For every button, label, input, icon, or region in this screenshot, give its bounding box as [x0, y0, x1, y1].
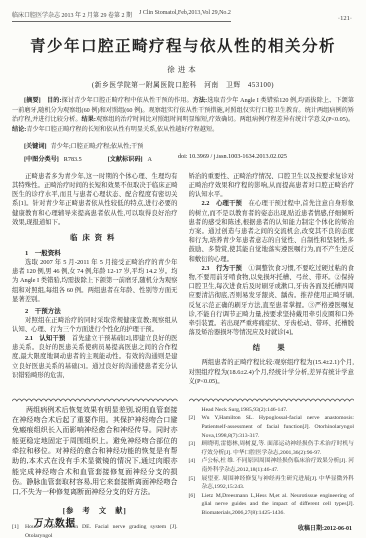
reference-cont-text: Head Neck Surg,1985,93(2):146-147. [202, 406, 355, 415]
reference-item-4: [4] 卢公标,杜 维. 不同原因周围神经损伤临床治疗效果分析[J]. 河南外科… [189, 457, 355, 474]
previous-article-continuation: 两组病例术后恢复效果有明显差别,说明血管套接在神经吻合术后起了重要作用。其保护神… [12, 405, 178, 498]
subsection-2-head: 2 干预方法 [12, 306, 178, 315]
doc-code-group: [文献标识码]A [108, 154, 152, 163]
received-date: 收稿日期:2012-06-01 [189, 523, 355, 532]
reference-item-1: [1] House JW,Brackmann DE. Facial nerve … [12, 523, 178, 538]
masthead: 临床口腔医学杂志 2013 年 2 月第 29 卷第 2 期 J Clin St… [12, 10, 354, 22]
abstract-conclusion: 青少年口腔正畸疗程的长短和依从性有明显关系,依从性越好疗程越短。 [26, 127, 218, 133]
clc-label: [中图分类号] [24, 157, 59, 163]
subsection-2-1-label: 2.1 认知干预 [25, 335, 65, 342]
subsection-2-2-text: 在心理干预过程中,首先注意自身形象的树立,而不是以教育者的姿态出现,贴近患者情感… [189, 200, 355, 262]
left-column-article: 正畸患者多为青少年,这一时期的个体心理、生理均有其特殊性。正畸治疗时间的长短和效… [12, 172, 178, 395]
left-column: 正畸患者多为青少年,这一时期的个体心理、生理均有其特殊性。正畸治疗时间的长短和效… [12, 172, 178, 538]
keywords-line: [关键词]青少年;口腔正畸;疗程;依从性;干预 [12, 141, 354, 150]
masthead-journal-info: 临床口腔医学杂志 2013 年 2 月第 29 卷第 2 期 J Clin St… [12, 10, 231, 22]
right-column-article: 矫治的重要性、正畸治疗情况、口腔卫生以及按要求复诊对正畸治疗效果和疗程的影响,从… [189, 172, 355, 395]
abstract-objective-label: 目的: [47, 98, 62, 104]
reference-1-number: [1] [12, 523, 25, 538]
author-name: 徐进本 [12, 64, 354, 75]
doi: doi: 10.3969 / j.issn.1003-1634.2013.02.… [178, 154, 287, 163]
references-title: [参 考 文 献] [12, 506, 178, 516]
subsection-1-head: 1 一般资料 [12, 248, 178, 257]
reference-item-5: [5] 展望亚. 周围神经修复与神经再生研究进展[J]. 中华显微外科杂志,19… [189, 475, 355, 492]
references-wavy-divider [189, 397, 355, 402]
doc-code-label: [文献标识码] [108, 157, 143, 163]
abstract-tag: [摘要] [24, 98, 41, 104]
abstract-objective: 探讨青少年口腔正畸疗程中依从性干预的作用。 [62, 98, 193, 104]
reference-4-text: 卢公标,杜 维. 不同原因周围神经损伤临床治疗效果分析[J]. 河南外科学杂志,… [202, 457, 355, 474]
abstract-results: 观察组的治疗时间比对照组时间明显缩短,疗效确切。两组病例疗程差异有统计学意义(P… [96, 117, 354, 123]
two-column-body: 正畸患者多为青少年,这一时期的个体心理、生理均有其特殊性。正畸治疗时间的长短和效… [12, 172, 354, 538]
continuation-paragraph: 矫治的重要性、正畸治疗情况、口腔卫生以及按要求复诊对正畸治疗效果和疗程的影响,从… [189, 172, 355, 200]
right-column: 矫治的重要性、正畸治疗情况、口腔卫生以及按要求复诊对正畸治疗效果和疗程的影响,从… [189, 172, 355, 538]
subsection-2-3-label: 2.3 行为干预 [202, 265, 243, 272]
abstract-results-label: 结果: [82, 117, 96, 123]
journal-title-en: J Clin Stomatol,Feb,2013,Vol 29,No.2 [139, 10, 231, 19]
abstract-methods-label: 方法: [193, 98, 208, 104]
results-paragraph: 两组患者的正畸疗程比较:观察组疗程为(15.4±2.1)个月,对照组疗程为(18… [189, 358, 355, 386]
article-title: 青少年口腔正畸疗程与依从性的相关分析 [12, 34, 354, 56]
intro-paragraph: 正畸患者多为青少年,这一时期的个体心理、生理均有其特殊性。正畸治疗时间的长短和效… [12, 172, 178, 227]
section-title-results: 结 果 [189, 343, 355, 353]
reference-item-6: [6] Lietz M,Dreesmann L,Hess M,et al. Ne… [189, 492, 355, 518]
abstract-paragraph: [摘要] 目的:探讨青少年口腔正畸疗程中依从性干预的作用。方法:选取青少年 An… [12, 97, 354, 135]
left-column-footer: 两组病例术后恢复效果有明显差别,说明血管套接在神经吻合术后起了重要作用。其保护神… [12, 403, 178, 538]
subsection-2-text: 对照组在正畸治疗的同时采取常规健康宣教;观察组从认知、心理、行为三个方面进行个性… [12, 316, 178, 334]
clc-group: [中图分类号]R783.5 [24, 154, 82, 163]
reference-3-text: 顾晓明,雷德林,周树夏,等. 面部运动神经损伤手术治疗时机与疗效分析[J]. 中… [202, 440, 355, 457]
reference-item-2: [2] Wu Y,Hamilton SL. Hypoglossal-facial… [189, 414, 355, 440]
journal-title-cn: 临床口腔医学杂志 2013 年 2 月第 29 卷第 2 期 [12, 10, 132, 19]
footnote-wavy-divider [12, 397, 178, 402]
reference-cont-number [189, 406, 202, 415]
page-number: ·121· [338, 15, 354, 22]
right-column-references: Head Neck Surg,1985,93(2):146-147. [2] W… [189, 403, 355, 538]
reference-6-text: Lietz M,Dreesmann L,Hess M,et al. Neurot… [202, 492, 355, 518]
reference-1-continuation: Head Neck Surg,1985,93(2):146-147. [189, 406, 355, 415]
subsection-2-3-paragraph: 2.3 行为干预 ①调整饮食习惯,不要吃过硬过粘的食物,不要用前牙啃食物,以免损… [189, 264, 355, 338]
section-title-clinical: 临床资料 [12, 233, 178, 243]
subsection-1-text: 选取 2007 年 5 月-2011 年 5 月接受正畸治疗的青少年患者 120… [12, 258, 178, 304]
reference-item-3: [3] 顾晓明,雷德林,周树夏,等. 面部运动神经损伤手术治疗时机与疗效分析[J… [189, 440, 355, 457]
keywords-tag: [关键词] [24, 144, 47, 150]
keywords-text: 青少年;口腔正畸;疗程;依从性;干预 [51, 144, 144, 150]
reference-5-number: [5] [189, 475, 202, 492]
author-affiliation: (新乡医学院第一附属医院口腔科 河南 卫辉 453100) [12, 79, 354, 89]
reference-2-number: [2] [189, 414, 202, 440]
clc-value: R783.5 [64, 157, 82, 163]
reference-2-text: Wu Y,Hamilton SL. Hypoglossal-facial ner… [202, 414, 355, 440]
doc-code-value: A [148, 157, 152, 163]
references-list: Head Neck Surg,1985,93(2):146-147. [2] W… [189, 406, 355, 518]
subsection-2-2-label: 2.2 心理干预 [202, 200, 243, 207]
journal-page: 临床口腔医学杂志 2013 年 2 月第 29 卷第 2 期 J Clin St… [0, 0, 366, 538]
wanfang-watermark: 万方数据 [34, 520, 76, 529]
subsection-2-1-paragraph: 2.1 认知干预 首先建立干预基础[2],即建立良好的医患关系。良好的医患关系使… [12, 334, 178, 380]
reference-3-number: [3] [189, 440, 202, 457]
abstract-conclusion-label: 结论: [12, 127, 26, 133]
reference-6-number: [6] [189, 492, 202, 518]
meta-line: [中图分类号]R783.5 [文献标识码]A doi: 10.3969 / j.… [12, 154, 354, 163]
reference-5-text: 展望亚. 周围神经修复与神经再生研究进展[J]. 中华显微外科杂志,1992,1… [202, 475, 355, 492]
subsection-2-2-paragraph: 2.2 心理干预 在心理干预过程中,首先注意自身形象的树立,而不是以教育者的姿态… [189, 199, 355, 263]
subsection-2-3-text: ①调整饮食习惯,不要吃过硬过粘的食物,不要用前牙啃食物,以免损坏托槽、弓丝、带环… [189, 265, 355, 336]
reference-4-number: [4] [189, 457, 202, 474]
